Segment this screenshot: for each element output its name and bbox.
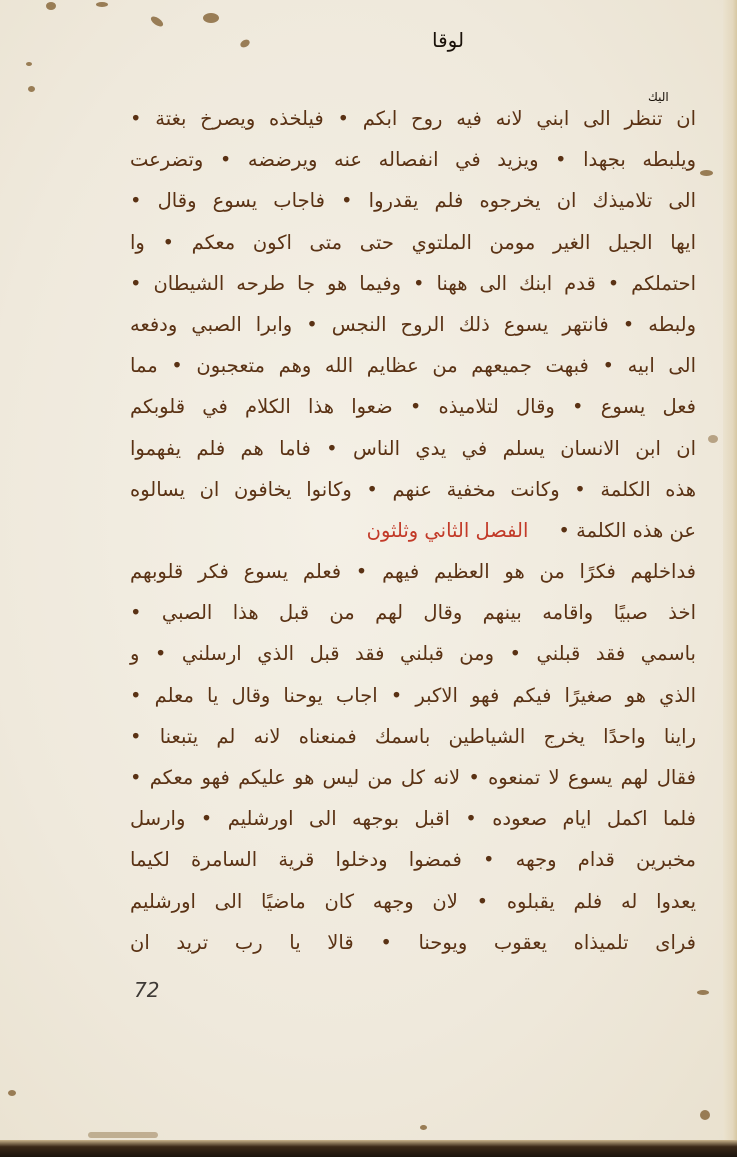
- text-line: الى تلاميذك ان يخرجوه فلم يقدروا • فاجاب…: [130, 180, 696, 221]
- header-title: لوقا: [432, 28, 464, 52]
- wormhole: [149, 15, 164, 29]
- text-line: ويلبطه بجهدا • ويزيد في انفصاله عنه ويرض…: [130, 139, 696, 180]
- wormhole: [46, 2, 56, 10]
- text-line: فعل يسوع • وقال لتلاميذه • ضعوا هذا الكل…: [130, 386, 696, 427]
- text-line: فقال لهم يسوع لا تمنعوه • لانه كل من ليس…: [130, 757, 696, 798]
- text-line: الذي هو صغيرًا فيكم فهو الاكبر • اجاب يو…: [130, 675, 696, 716]
- wormhole: [88, 1132, 158, 1138]
- text-line: احتملكم • قدم ابنك الى ههنا • وفيما هو ج…: [130, 263, 696, 304]
- text-line: ان ابن الانسان يسلم في يدي الناس • فاما …: [130, 428, 696, 469]
- wormhole: [700, 170, 713, 176]
- folio-number: 72: [134, 978, 159, 1002]
- wormhole: [708, 435, 718, 443]
- wormhole: [96, 2, 108, 7]
- text-line: فداخلهم فكرًا من هو العظيم فيهم • فعلم ي…: [130, 551, 696, 592]
- text-line: اخذ صبيًا واقامه بينهم وقال لهم من قبل ه…: [130, 592, 696, 633]
- wormhole: [239, 38, 251, 49]
- text-line: فلما اكمل ايام صعوده • اقبل بوجهه الى او…: [130, 798, 696, 839]
- chapter-heading: الفصل الثاني وثلثون: [367, 510, 529, 551]
- manuscript-text: ان تنظر الى ابني لانه فيه روح ابكم • فيل…: [130, 98, 696, 963]
- text-line: عن هذه الكلمة •: [558, 510, 696, 551]
- chapter-heading-line: عن هذه الكلمة • الفصل الثاني وثلثون: [130, 510, 696, 551]
- wormhole: [26, 62, 32, 66]
- text-line: راينا واحدًا يخرج الشياطين باسمك فمنعناه…: [130, 716, 696, 757]
- text-line: ان تنظر الى ابني لانه فيه روح ابكم • فيل…: [130, 98, 696, 139]
- text-line: هذه الكلمة • وكانت مخفية عنهم • وكانوا ي…: [130, 469, 696, 510]
- text-line: ولبطه • فانتهر يسوع ذلك الروح النجس • وا…: [130, 304, 696, 345]
- wormhole: [697, 990, 709, 995]
- text-line: يعدوا له فلم يقبلوه • لان وجهه كان ماضيً…: [130, 881, 696, 922]
- wormhole: [203, 13, 219, 23]
- text-line: الى ابيه • فبهت جميعهم من عظايم الله وهم…: [130, 345, 696, 386]
- wormhole: [28, 86, 35, 92]
- text-line: فراى تلميذاه يعقوب ويوحنا • قالا يا رب ت…: [130, 922, 696, 963]
- wormhole: [8, 1090, 16, 1096]
- wormhole: [700, 1110, 710, 1120]
- text-line: باسمي فقد قبلني • ومن قبلني فقد قبل الذي…: [130, 633, 696, 674]
- text-line: مخبرين قدام وجهه • فمضوا ودخلوا قرية الس…: [130, 839, 696, 880]
- text-line: ايها الجيل الغير مومن الملتوي حتى متى اك…: [130, 222, 696, 263]
- page-bottom-shadow: [0, 1140, 737, 1157]
- manuscript-page: لوقا اليك ان تنظر الى ابني لانه فيه روح …: [0, 0, 737, 1140]
- page-edge: [723, 0, 737, 1140]
- wormhole: [420, 1125, 427, 1130]
